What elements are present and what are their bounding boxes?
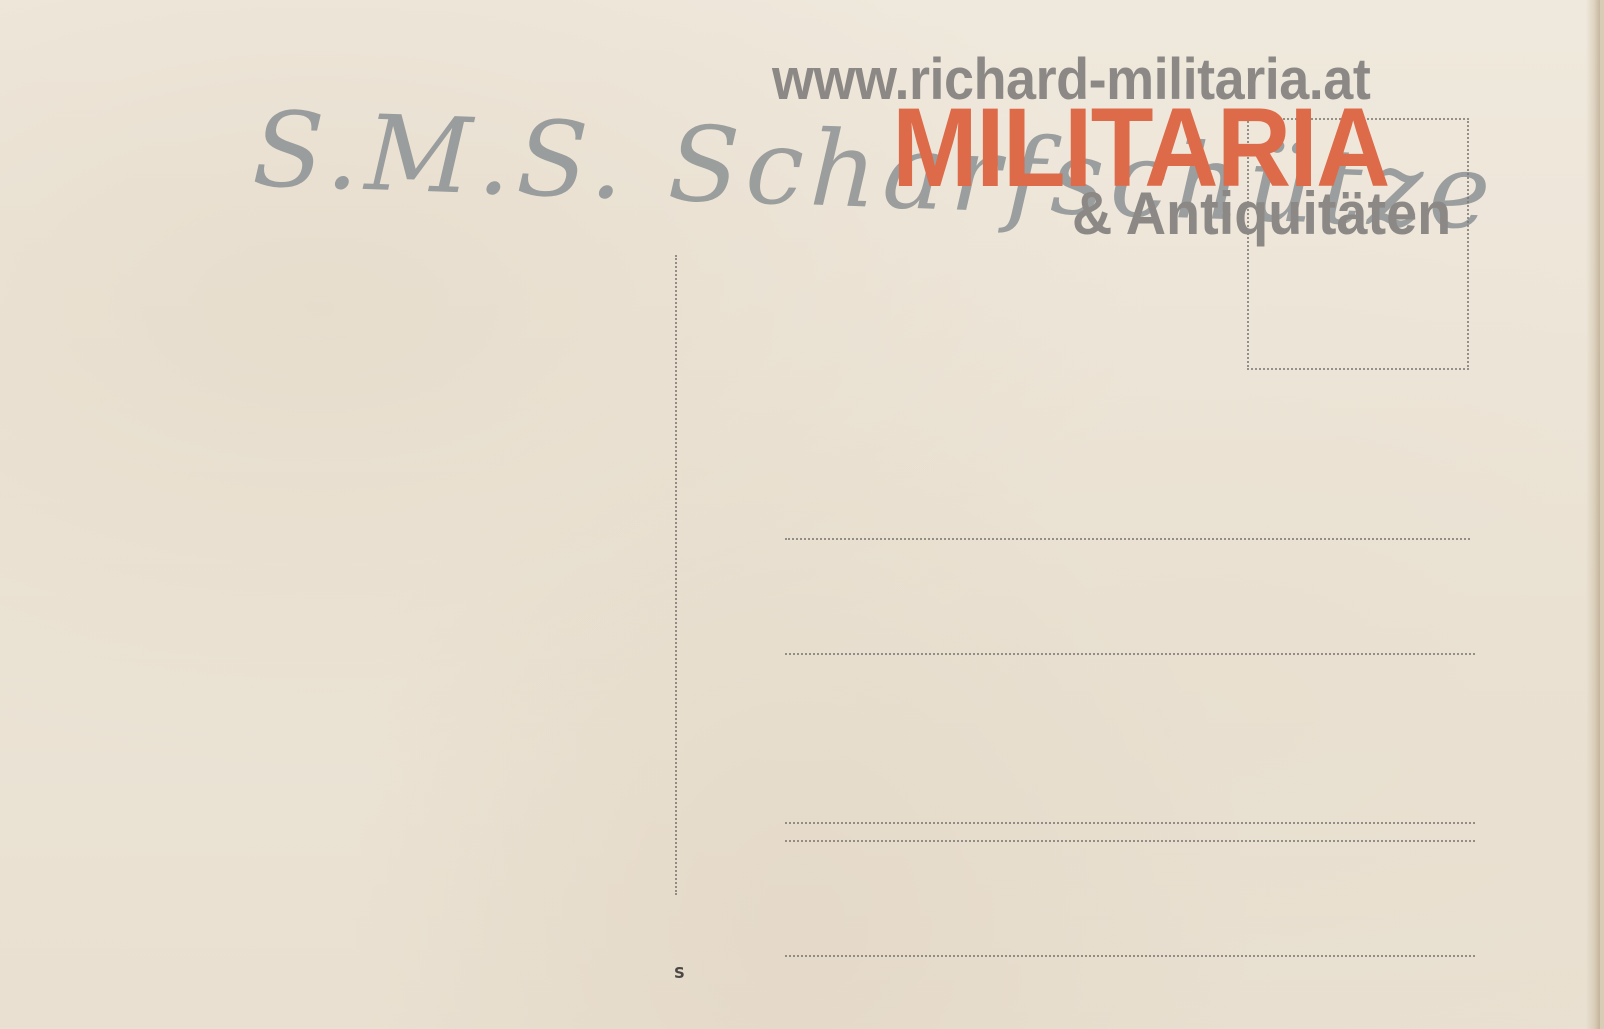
center-divider — [675, 255, 677, 895]
address-line-2 — [785, 653, 1475, 655]
printer-mark: S — [674, 964, 685, 982]
address-line-4 — [785, 840, 1475, 842]
address-line-5 — [785, 955, 1475, 957]
address-line-1 — [785, 538, 1470, 540]
address-line-3 — [785, 822, 1475, 824]
card-edge — [1586, 0, 1600, 1029]
watermark-subtitle: & Antiquitäten — [1072, 182, 1451, 246]
postcard-back: S.M.S. Scharfschütze S www.richard-milit… — [0, 0, 1604, 1029]
